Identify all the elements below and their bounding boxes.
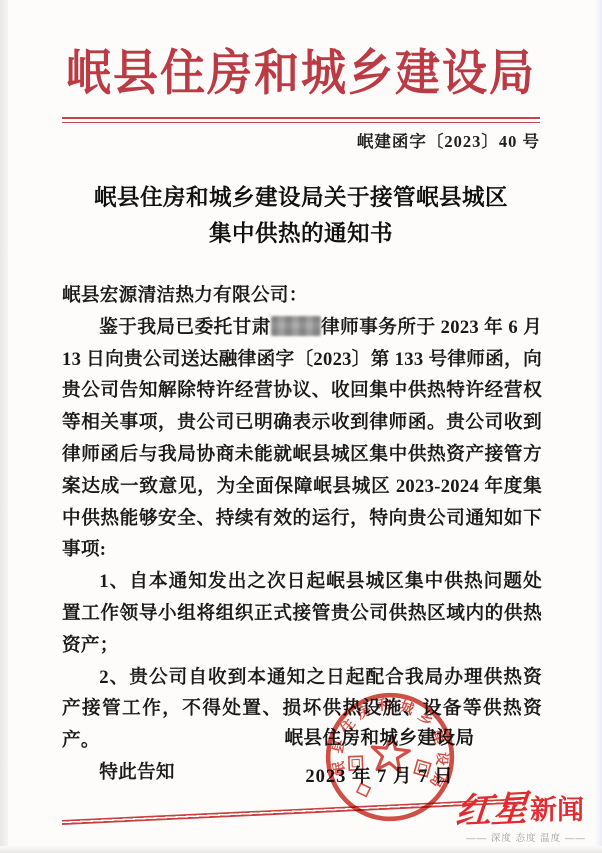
paragraph-1-after-redaction: 律师事务所于 2023 年 6 月 13 日向贵公司送达融律函字〔2023〕第 … bbox=[62, 317, 542, 561]
news-logo-block-part: 新闻 bbox=[530, 788, 584, 827]
document-title-line1: 岷县住房和城乡建设局关于接管岷县城区 bbox=[0, 180, 602, 216]
redaction-blur bbox=[271, 316, 321, 336]
photo-edge-bottom bbox=[0, 846, 602, 853]
document-number: 岷建函字〔2023〕40 号 bbox=[357, 128, 540, 152]
photo-edge-right bbox=[595, 0, 602, 853]
notice-item-1: 1、自本通知发出之次日起岷县城区集中供热问题处置工作领导小组将组织正式接管贵公司… bbox=[62, 566, 542, 661]
letterhead-separator-rule bbox=[62, 117, 540, 123]
document-page: 岷县住房和城乡建设局 岷建函字〔2023〕40 号 岷县住房和城乡建设局关于接管… bbox=[0, 0, 602, 853]
document-body: 岷县宏源清洁热力有限公司： 鉴于我局已委托甘肃律师事务所于 2023 年 6 月… bbox=[62, 280, 542, 789]
document-title-line2: 集中供热的通知书 bbox=[0, 216, 602, 252]
recipient-line: 岷县宏源清洁热力有限公司： bbox=[62, 280, 542, 312]
document-title: 岷县住房和城乡建设局关于接管岷县城区 集中供热的通知书 bbox=[0, 180, 602, 252]
letterhead-agency-name: 岷县住房和城乡建设局 bbox=[0, 33, 602, 103]
watermark-red-line bbox=[62, 798, 522, 825]
news-logo-script-part: 红星 bbox=[454, 780, 531, 835]
photo-edge-left bbox=[0, 0, 8, 853]
paragraph-1-before-redaction: 鉴于我局已委托甘肃 bbox=[99, 317, 271, 338]
paragraph-1: 鉴于我局已委托甘肃律师事务所于 2023 年 6 月 13 日向贵公司送达融律函… bbox=[62, 312, 542, 566]
signature-agency: 岷县住房和城乡建设局 bbox=[262, 724, 497, 750]
news-logo: 红星新闻 bbox=[456, 782, 584, 833]
signature-block: 岷县住房和城乡建设局 2023 年 7 月 7 日 bbox=[262, 724, 497, 788]
